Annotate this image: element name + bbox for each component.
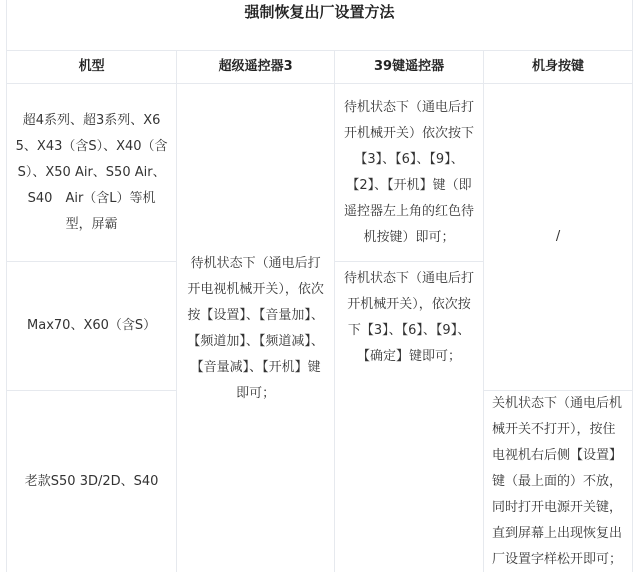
model-cell: Max70、X60（含S） (7, 262, 177, 391)
remote39-cell: 待机状态下（通电后打开机械开关），依次按下【3】、【6】、【9】、【确定】键即可… (335, 262, 484, 572)
body-keys-cell: / (484, 84, 633, 391)
header-super-remote3: 超级遥控器3 (177, 51, 335, 84)
remote39-cell: 待机状态下（通电后打开机械开关）依次按下【3】、【6】、【9】、【2】、【开机】… (335, 84, 484, 262)
header-row: 机型 超级遥控器3 39键遥控器 机身按键 (7, 51, 633, 84)
model-cell: 超4系列、超3系列、X65、X43（含S）、X40（含S）、X50 Air、S5… (7, 84, 177, 262)
header-model: 机型 (7, 51, 177, 84)
table-row: 超4系列、超3系列、X65、X43（含S）、X40（含S）、X50 Air、S5… (7, 84, 633, 262)
header-body-keys: 机身按键 (484, 51, 633, 84)
factory-reset-table: 强制恢复出厂设置方法 机型 超级遥控器3 39键遥控器 机身按键 超4系列、超3… (6, 0, 633, 572)
model-cell: 老款S50 3D/2D、S40 (7, 391, 177, 572)
super-remote3-cell: 待机状态下（通电后打开电视机械开关），依次按【设置】、【音量加】、【频道加】、【… (177, 84, 335, 572)
body-keys-cell: 关机状态下（通电后机械开关不打开），按住电视机右后侧【设置】键（最上面的）不放，… (484, 391, 633, 572)
table-title: 强制恢复出厂设置方法 (7, 0, 633, 51)
factory-reset-table-container: 强制恢复出厂设置方法 机型 超级遥控器3 39键遥控器 机身按键 超4系列、超3… (6, 0, 633, 572)
header-remote39: 39键遥控器 (335, 51, 484, 84)
title-row: 强制恢复出厂设置方法 (7, 0, 633, 51)
